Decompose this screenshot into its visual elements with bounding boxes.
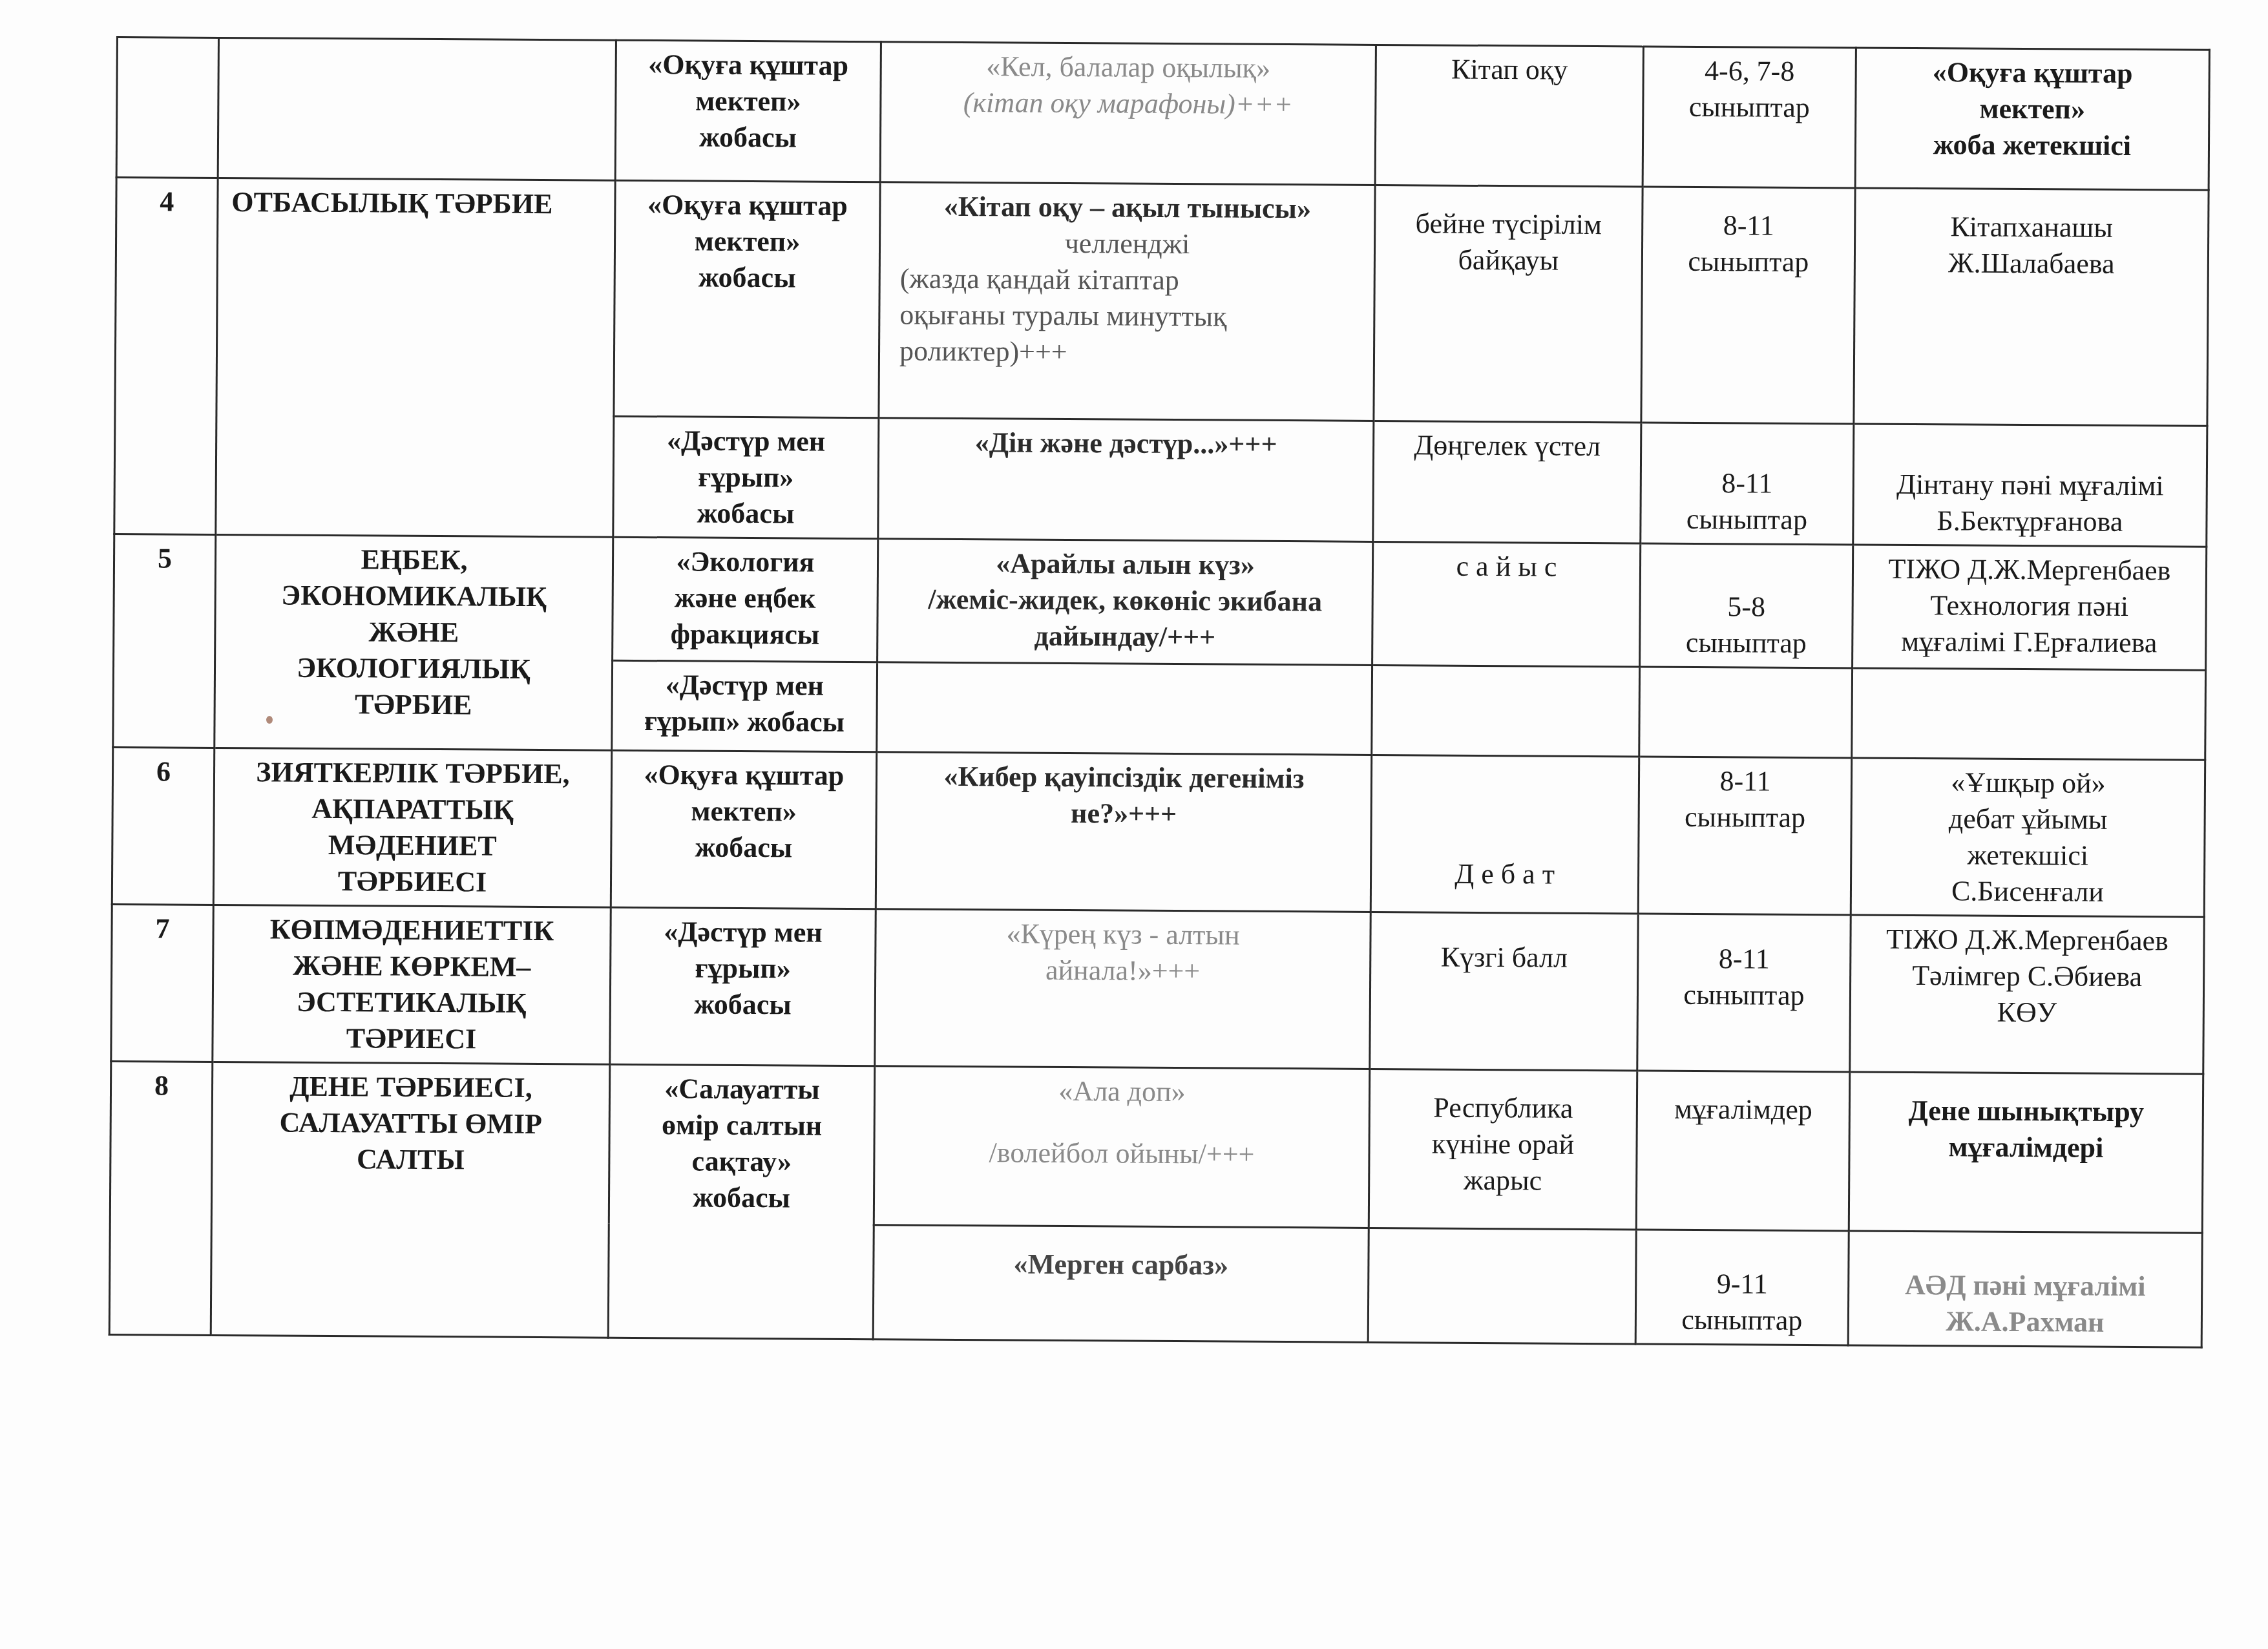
- row-number: [116, 37, 218, 178]
- row-number: 6: [112, 747, 214, 905]
- cell-text-line: Технология пәні: [1860, 587, 2199, 625]
- cell-text-line: с а й ы с: [1380, 548, 1633, 585]
- direction-cell: ЗИЯТКЕРЛІК ТӘРБИЕ,АҚПАРАТТЫҚМӘДЕНИЕТТӘРБ…: [213, 748, 611, 907]
- cell-text-line: айнала!»+++: [883, 951, 1363, 991]
- cell-text-line: жобасы: [618, 986, 868, 1024]
- project-cell: «Оқуға құштармектеп»жобасы: [614, 180, 880, 417]
- cell-text-line: (жазда қандай кітаптар: [887, 260, 1367, 300]
- cell-text-line: ЭСТЕТИКАЛЫҚ: [220, 983, 603, 1022]
- cell-text-line: КӨУ: [1858, 993, 2196, 1031]
- cell-text-line: сыныптар: [1647, 624, 1845, 662]
- table-row: «Оқуға құштармектеп»жобасы «Кел, балалар…: [116, 37, 2209, 191]
- cell-text-line: «Күрең күз - алтын: [883, 915, 1363, 954]
- event-cell: «Кибер қауіпсіздік дегенімізне?»+++: [876, 752, 1371, 912]
- form-cell: Д е б а т: [1370, 755, 1639, 914]
- cell-text-line: «Ала доп»: [882, 1072, 1362, 1111]
- cell-text-line: «Кітап оқу – ақыл тынысы»: [887, 188, 1367, 227]
- row-number: 4: [114, 178, 218, 535]
- cell-text-line: және еңбек: [620, 580, 870, 617]
- scanned-page: «Оқуға құштармектеп»жобасы «Кел, балалар…: [0, 0, 2268, 1649]
- grades-cell: 8-11сыныптар: [1641, 187, 1855, 424]
- cell-text-line: ғұрып» жобасы: [619, 703, 869, 740]
- direction-cell: ОТБАСЫЛЫҚ ТӘРБИЕ: [216, 178, 615, 537]
- cell-text-line: АҚПАРАТТЫҚ: [222, 790, 604, 829]
- cell-text-line: ТӘРБИЕСІ: [221, 863, 604, 901]
- event-cell: «Кітап оқу – ақыл тынысы»челленджі(жазда…: [879, 182, 1375, 421]
- cell-text-line: /волейбол ойыны/+++: [881, 1134, 1361, 1173]
- responsible-cell: ТІЖО Д.Ж.МергенбаевТәлімгер С.ӘбиеваКӨУ: [1850, 915, 2204, 1074]
- cell-text-line: жоба жетекшісі: [1863, 127, 2201, 165]
- grades-cell: 8-11сыныптар: [1637, 914, 1851, 1072]
- cell-text-line: Республика: [1377, 1089, 1630, 1127]
- event-cell: «Мерген сарбаз»: [873, 1225, 1369, 1343]
- cell-text-line: мұғалімі Г.Ерғалиева: [1860, 624, 2198, 662]
- cell-text-line: «Кел, балалар оқылық»: [888, 48, 1369, 87]
- responsible-cell: ТІЖО Д.Ж.МергенбаевТехнология пәнімұғалі…: [1853, 545, 2207, 670]
- cell-text-line: Кітапханашы: [1862, 209, 2201, 247]
- cell-text-line: ЭКОЛОГИЯЛЫҚ: [222, 649, 605, 688]
- cell-text-line: сақтау»: [616, 1143, 866, 1181]
- cell-text-line: ғұрып»: [621, 459, 871, 496]
- cell-text-line: ТІЖО Д.Ж.Мергенбаев: [1860, 551, 2199, 589]
- grades-cell: мұғалімдер: [1636, 1071, 1849, 1231]
- event-cell: [877, 662, 1372, 755]
- project-cell: «Оқуға құштармектеп»жобасы: [611, 750, 876, 909]
- cell-text-line: «Оқуға құштар: [622, 187, 872, 224]
- cell-text-line: мұғалімдері: [1856, 1128, 2195, 1166]
- cell-text-line: дебат ұйымы: [1858, 800, 2197, 838]
- event-cell: «Дін және дәстүр...»+++: [878, 418, 1374, 542]
- cell-text-line: оқығаны туралы минуттық: [887, 297, 1367, 336]
- cell-text-line: 8-11: [1648, 465, 1846, 502]
- cell-text-line: САЛТЫ: [219, 1140, 602, 1179]
- form-cell: [1368, 1228, 1636, 1344]
- cell-text-line: «Ұшқыр ой»: [1859, 764, 2198, 802]
- cell-text-line: ЗИЯТКЕРЛІК ТӘРБИЕ,: [222, 754, 604, 793]
- cell-text-line: 8-11: [1646, 762, 1844, 800]
- project-cell: «Экологияжәне еңбекфракциясы: [613, 537, 878, 662]
- cell-text-line: мұғалімдер: [1644, 1091, 1842, 1128]
- event-cell: «Күрең күз - алтынайнала!»+++: [875, 909, 1370, 1069]
- cell-text-line: «Салауатты: [617, 1071, 867, 1108]
- cell-text-line: Ж.А.Рахман: [1856, 1303, 2194, 1341]
- direction-cell: [218, 37, 616, 180]
- cell-text-line: ДЕНЕ ТӘРБИЕСІ,: [220, 1068, 602, 1107]
- form-cell: бейне түсірілімбайқауы: [1374, 185, 1643, 423]
- cell-text-line: сыныптар: [1645, 976, 1843, 1014]
- event-cell: «Кел, балалар оқылық»(кітап оқу марафоны…: [880, 42, 1376, 185]
- row-number: 8: [109, 1061, 213, 1335]
- table-row: 7 КӨПМӘДЕНИЕТТІКЖӘНЕ КӨРКЕМ–ЭСТЕТИКАЛЫҚТ…: [111, 904, 2204, 1074]
- project-cell: «Дәстүр менғұрып» жобасы: [612, 660, 877, 752]
- project-cell: «Дәстүр менғұрып»жобасы: [610, 907, 876, 1066]
- cell-text-line: сыныптар: [1646, 799, 1843, 836]
- form-cell: [1372, 665, 1640, 757]
- cell-text-line: бейне түсірілім: [1382, 205, 1635, 243]
- cell-text-line: жобасы: [616, 1179, 866, 1217]
- cell-text-line: ЭКОНОМИКАЛЫҚ: [223, 577, 605, 616]
- cell-text-line: Б.Бектұрғанова: [1860, 503, 2199, 541]
- cell-text-line: дайындау/+++: [885, 617, 1365, 656]
- form-cell: с а й ы с: [1372, 541, 1641, 667]
- cell-text-line: АӘД пәні мұғалімі: [1856, 1266, 2194, 1305]
- cell-text-line: «Мерген сарбаз»: [881, 1245, 1361, 1285]
- cell-text-line: Дінтану пәні мұғалімі: [1861, 467, 2200, 505]
- cell-text-line: 4-6, 7-8: [1651, 53, 1849, 90]
- cell-text-line: сыныптар: [1643, 1301, 1841, 1339]
- responsible-cell: Дене шынықтырумұғалімдері: [1849, 1072, 2203, 1233]
- cell-text-line: ЕҢБЕК,: [223, 541, 605, 580]
- cell-text-line: 8-11: [1650, 207, 1847, 245]
- row-number: 7: [111, 904, 213, 1062]
- cell-text-line: ТІЖО Д.Ж.Мергенбаев: [1858, 921, 2196, 959]
- cell-text-line: жобасы: [620, 495, 870, 532]
- scan-speck: [266, 716, 273, 724]
- project-cell: «Салауаттыөмір салтынсақтау»жобасы: [608, 1064, 875, 1339]
- project-cell: «Дәстүр менғұрып»жобасы: [613, 416, 879, 539]
- cell-text-line: «Экология: [620, 543, 870, 581]
- grades-cell: 8-11сыныптар: [1641, 423, 1854, 545]
- event-cell: «Арайлы алын күз»/жеміс-жидек, көкөніс э…: [877, 539, 1373, 666]
- cell-text-line: Д е б а т: [1378, 856, 1631, 893]
- cell-text-line: ғұрып»: [618, 950, 868, 987]
- cell-text-line: не?»+++: [884, 794, 1364, 834]
- form-cell: Күзгі балл: [1370, 912, 1638, 1071]
- cell-text-line: өмір салтын: [617, 1107, 867, 1144]
- cell-text-line: жарыс: [1376, 1162, 1629, 1199]
- responsible-cell: Дінтану пәні мұғаліміБ.Бектұрғанова: [1853, 424, 2207, 547]
- cell-text-line: /жеміс-жидек, көкөніс экибана: [885, 581, 1365, 620]
- cell-text-line: мектеп»: [1863, 90, 2201, 129]
- form-cell: Дөңгелек үстел: [1373, 421, 1641, 543]
- cell-text-line: жобасы: [622, 259, 872, 297]
- cell-text-line: мектеп»: [623, 83, 873, 120]
- grades-cell: [1639, 667, 1853, 758]
- row-number: 5: [113, 534, 216, 748]
- cell-text-line: мектеп»: [619, 793, 869, 830]
- cell-text-line: жобасы: [618, 829, 868, 867]
- cell-text-line: ОТБАСЫЛЫҚ ТӘРБИЕ: [231, 184, 607, 223]
- cell-text-line: жетекшісі: [1858, 836, 2197, 874]
- grades-cell: 9-11сыныптар: [1635, 1230, 1849, 1345]
- form-cell: Кітап оқу: [1375, 45, 1643, 187]
- cell-text-line: «Кибер қауіпсіздік дегеніміз: [884, 758, 1364, 797]
- cell-text-line: байқауы: [1382, 242, 1635, 279]
- cell-text-line: 5-8: [1647, 588, 1845, 625]
- cell-text-line: «Дін және дәстүр...»+++: [886, 424, 1366, 463]
- responsible-cell: [1852, 668, 2206, 760]
- cell-text-line: 9-11: [1643, 1265, 1841, 1303]
- event-cell: «Ала доп»/волейбол ойыны/+++: [874, 1066, 1369, 1228]
- cell-text-line: сыныптар: [1650, 244, 1847, 281]
- table-row: 8 ДЕНЕ ТӘРБИЕСІ,САЛАУАТТЫ ӨМІРСАЛТЫ «Сал…: [110, 1061, 2203, 1233]
- cell-text-line: «Оқуға құштар: [1864, 54, 2202, 92]
- responsible-cell: АӘД пәні мұғаліміЖ.А.Рахман: [1848, 1231, 2202, 1347]
- cell-text-line: мектеп»: [622, 223, 872, 260]
- cell-text-line: Дене шынықтыру: [1857, 1092, 2196, 1130]
- grades-cell: 4-6, 7-8сыныптар: [1643, 47, 1856, 188]
- direction-cell: ЕҢБЕК,ЭКОНОМИКАЛЫҚЖӘНЕЭКОЛОГИЯЛЫҚТӘРБИЕ: [215, 534, 613, 750]
- cell-text-line: Күзгі балл: [1378, 939, 1630, 976]
- cell-text-line: КӨПМӘДЕНИЕТТІК: [220, 911, 603, 950]
- cell-text-line: «Дәстүр мен: [620, 667, 870, 704]
- cell-text-line: ЖӘНЕ КӨРКЕМ–: [220, 947, 603, 986]
- cell-text-line: «Дәстүр мен: [621, 423, 871, 460]
- grades-cell: 8-11сыныптар: [1638, 757, 1851, 915]
- direction-cell: ДЕНЕ ТӘРБИЕСІ,САЛАУАТТЫ ӨМІРСАЛТЫ: [211, 1062, 610, 1338]
- responsible-cell: «Оқуға құштармектеп»жоба жетекшісі: [1855, 48, 2209, 190]
- cell-text-line: САЛАУАТТЫ ӨМІР: [220, 1104, 602, 1143]
- cell-text-line: «Оқуға құштар: [619, 757, 869, 794]
- cell-text-line: күніне орай: [1376, 1126, 1629, 1163]
- table-row: 6 ЗИЯТКЕРЛІК ТӘРБИЕ,АҚПАРАТТЫҚМӘДЕНИЕТТӘ…: [112, 747, 2205, 917]
- cell-text-line: фракциясы: [620, 616, 870, 653]
- form-cell: Республикакүніне орайжарыс: [1369, 1069, 1637, 1230]
- project-cell: «Оқуға құштармектеп»жобасы: [615, 40, 881, 182]
- cell-text-line: 8-11: [1645, 940, 1843, 978]
- cell-text-line: роликтер)+++: [887, 333, 1367, 372]
- cell-text-line: Дөңгелек үстел: [1381, 427, 1633, 465]
- cell-text-line: жобасы: [623, 119, 873, 156]
- cell-text-line: сыныптар: [1650, 89, 1848, 127]
- education-plan-table: «Оқуға құштармектеп»жобасы «Кел, балалар…: [109, 36, 2210, 1349]
- responsible-cell: «Ұшқыр ой»дебат ұйымыжетекшісіС.Бисенғал…: [1851, 758, 2205, 917]
- table-row: 5 ЕҢБЕК,ЭКОНОМИКАЛЫҚЖӘНЕЭКОЛОГИЯЛЫҚТӘРБИ…: [114, 534, 2207, 670]
- cell-text-line: С.Бисенғали: [1858, 872, 2197, 910]
- grades-cell: 5-8сыныптар: [1640, 543, 1853, 668]
- cell-text-line: Тәлімгер С.Әбиева: [1858, 957, 2196, 995]
- cell-text-line: МӘДЕНИЕТ: [221, 826, 604, 865]
- cell-text-line: ТӘРИЕСІ: [220, 1020, 602, 1058]
- table-row: 4 ОТБАСЫЛЫҚ ТӘРБИЕ «Оқуға құштармектеп»ж…: [115, 178, 2209, 426]
- cell-text-line: «Дәстүр мен: [618, 914, 868, 951]
- cell-text-line: (кітап оқу марафоны)+++: [888, 84, 1368, 123]
- cell-text-line: ТӘРБИЕ: [222, 686, 605, 724]
- cell-text-line: Ж.Шалабаева: [1862, 245, 2201, 283]
- cell-text-line: «Оқуға құштар: [624, 47, 874, 84]
- responsible-cell: КітапханашыЖ.Шалабаева: [1854, 188, 2209, 426]
- cell-text-line: «Арайлы алын күз»: [885, 545, 1365, 584]
- cell-text-line: Кітап оқу: [1383, 51, 1636, 89]
- direction-cell: КӨПМӘДЕНИЕТТІКЖӘНЕ КӨРКЕМ–ЭСТЕТИКАЛЫҚТӘР…: [213, 905, 611, 1064]
- cell-text-line: ЖӘНЕ: [222, 613, 605, 652]
- cell-text-line: сыныптар: [1648, 501, 1845, 538]
- cell-text-line: челленджі: [887, 224, 1367, 264]
